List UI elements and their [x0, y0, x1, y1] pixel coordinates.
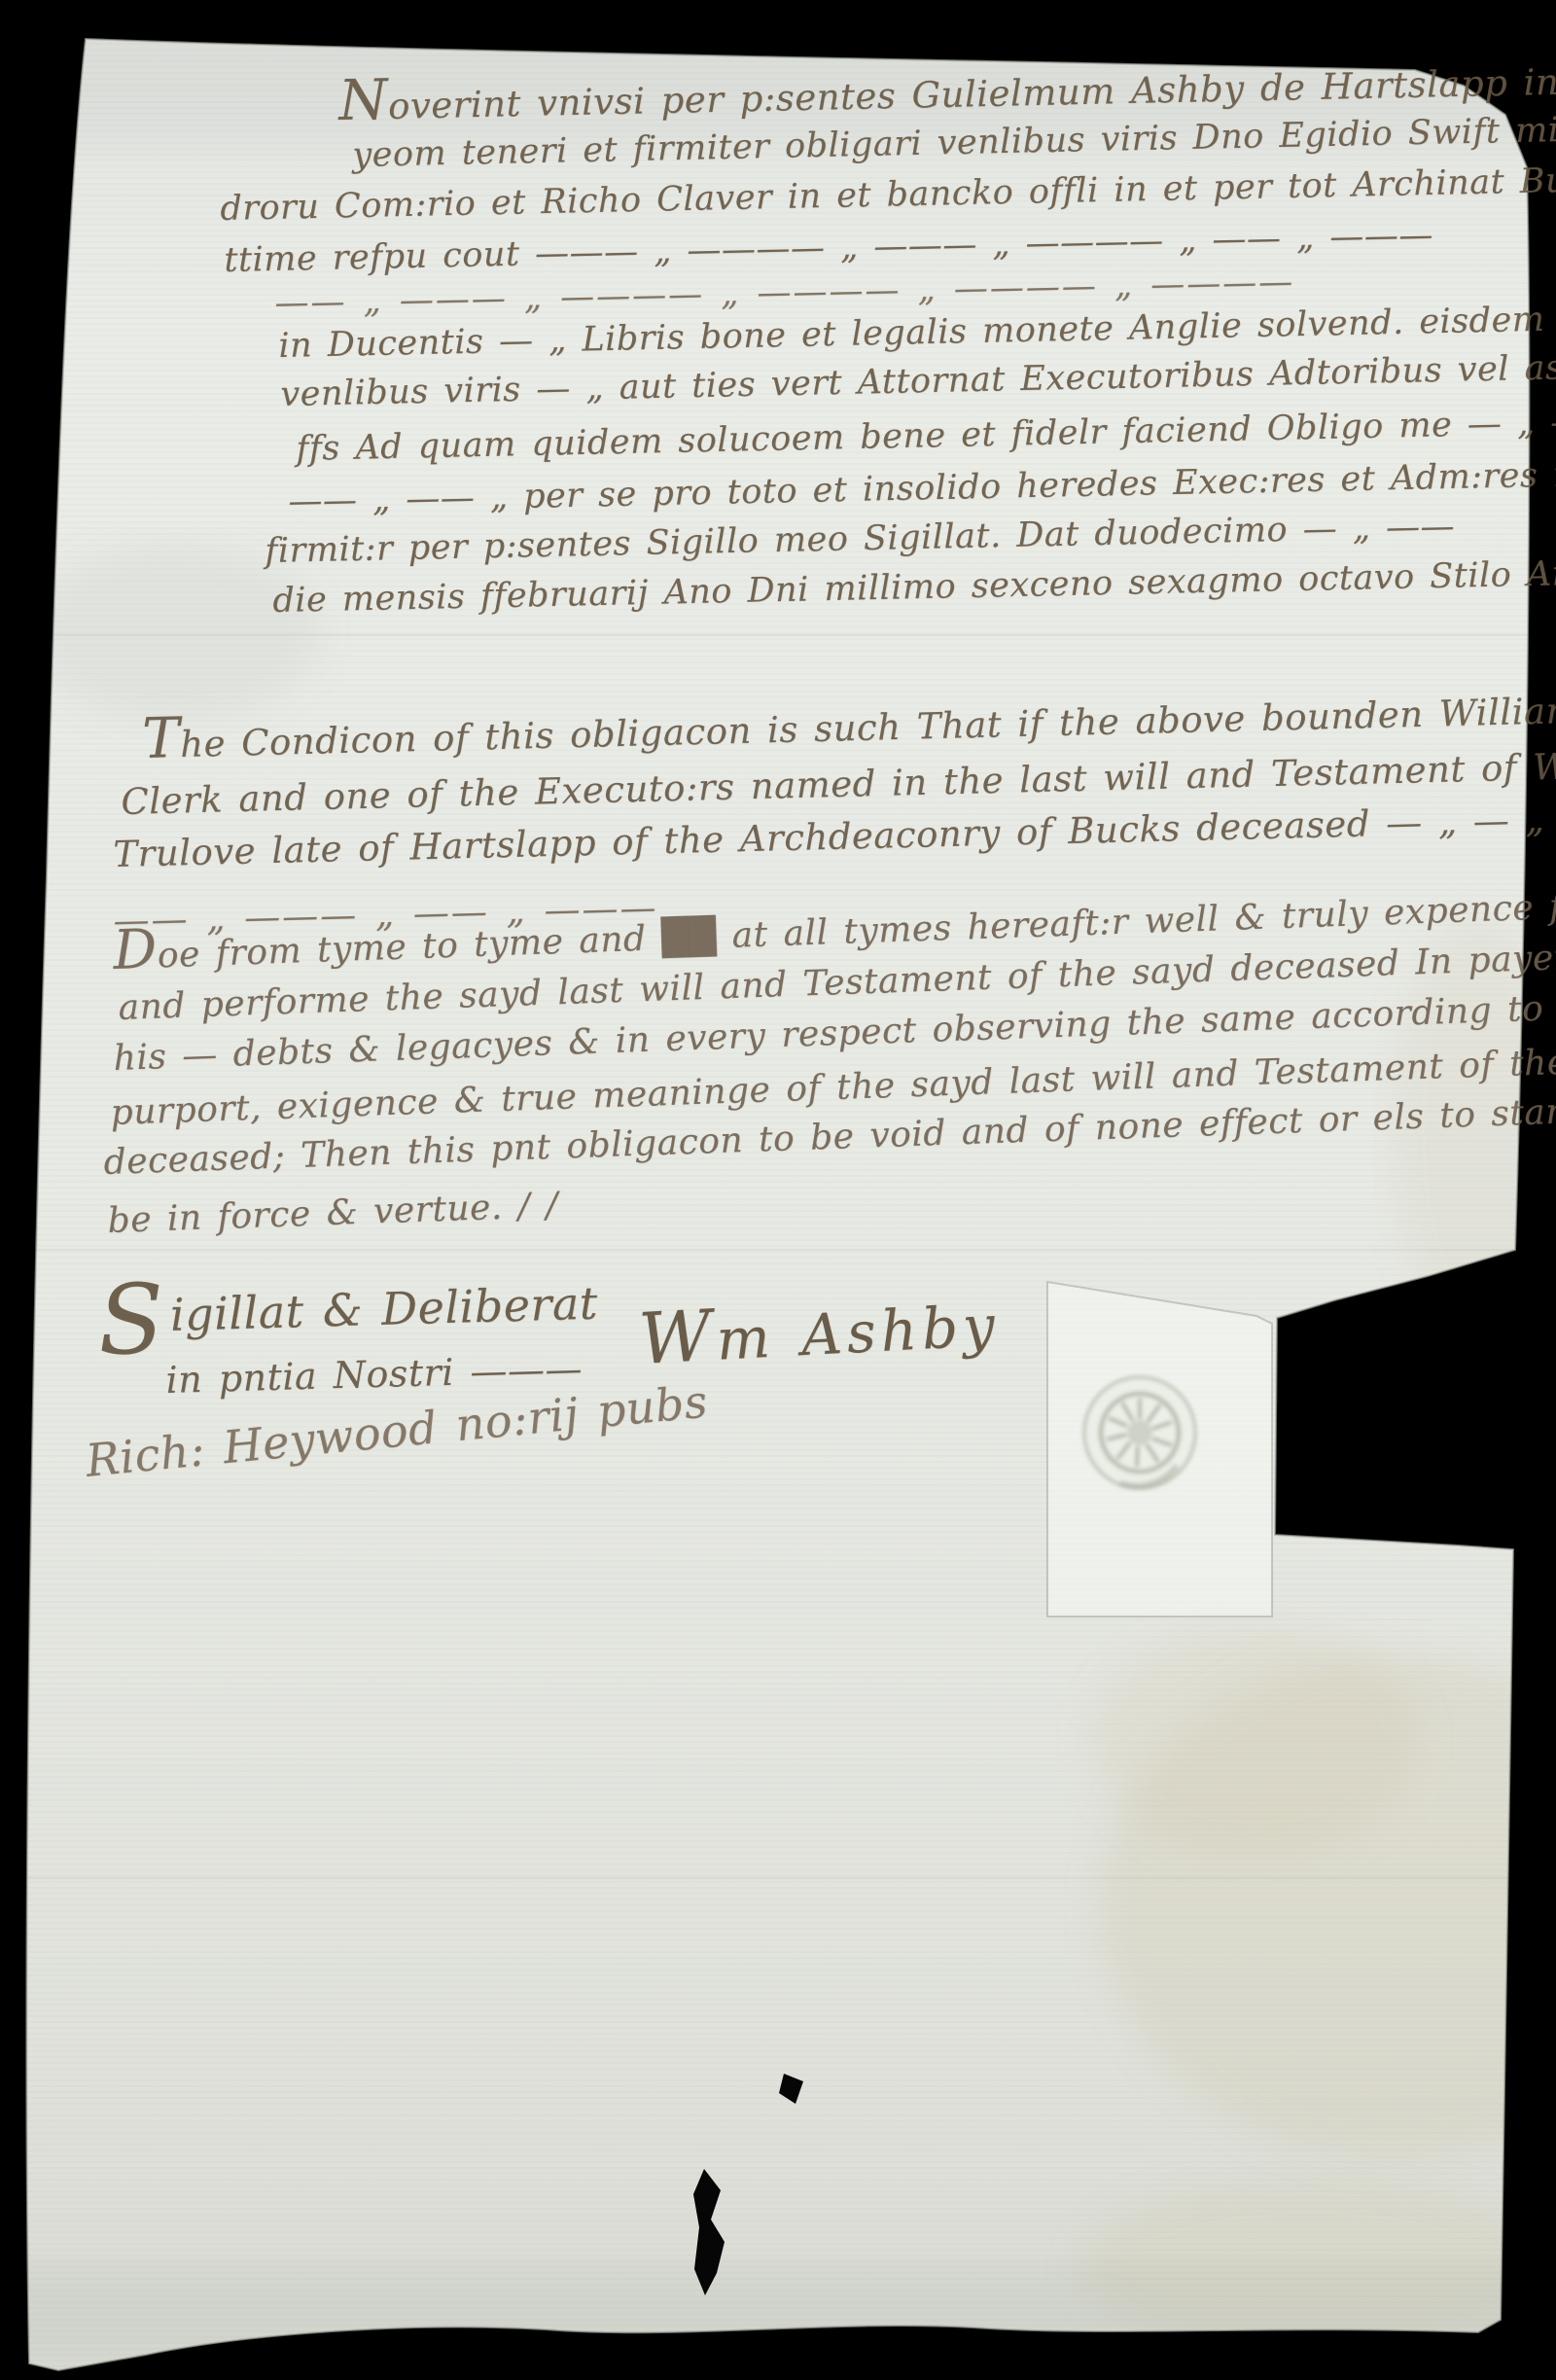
ashby-signature: Wm Ashby [637, 1285, 1001, 1377]
performance-line-6: be in force & vertue. / / [107, 1188, 558, 1240]
latin-line-8: ffs Ad quam quidem solucoem bene et fide… [296, 404, 1556, 467]
photograph-background: Noverint vnivsi per p:sentes Gulielmum A… [0, 0, 1556, 2380]
manuscript-text: Noverint vnivsi per p:sentes Gulielmum A… [0, 0, 1556, 2380]
sigillat-deliberat-line: Sigillat & Deliberat [97, 1280, 598, 1341]
